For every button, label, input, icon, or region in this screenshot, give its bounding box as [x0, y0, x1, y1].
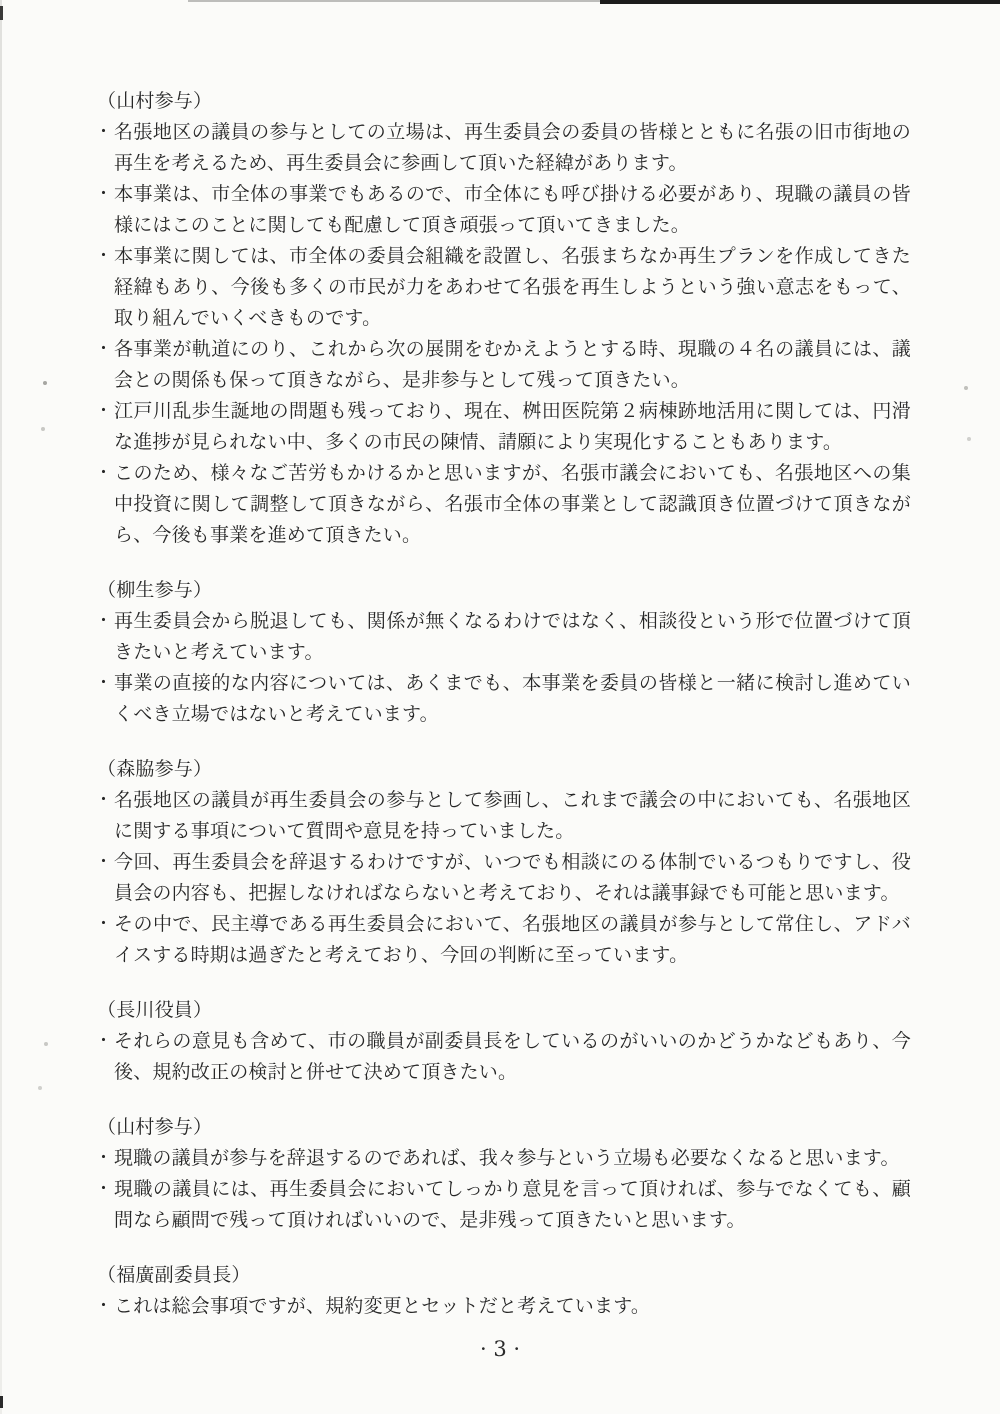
statement-text: 現職の議員が参与を辞退するのであれば、我々参与という立場も必要なくなると思います…	[114, 1147, 900, 1169]
statement-text: 本事業に関しては、市全体の委員会組織を設置し、名張まちなか再生プランを作成してき…	[114, 245, 911, 329]
statement-item: ・現職の議員には、再生委員会においてしっかり意見を言って頂ければ、参与でなくても…	[97, 1174, 911, 1236]
statement-text: 各事業が軌道にのり、これから次の展開をむかえようとする時、現職の４名の議員には、…	[114, 338, 911, 391]
statement-item: ・今回、再生委員会を辞退するわけですが、いつでも相談にのる体制でいるつもりですし…	[97, 847, 911, 909]
statement-text: その中で、民主導である再生委員会において、名張地区の議員が参与として常住し、アド…	[114, 913, 911, 966]
statement-item: ・各事業が軌道にのり、これから次の展開をむかえようとする時、現職の４名の議員には…	[97, 334, 911, 396]
statement-text: 今回、再生委員会を辞退するわけですが、いつでも相談にのる体制でいるつもりですし、…	[114, 851, 911, 904]
statement-list: ・現職の議員が参与を辞退するのであれば、我々参与という立場も必要なくなると思いま…	[97, 1143, 911, 1236]
scan-artifact-mark	[0, 6, 3, 20]
statement-text: 再生委員会から脱退しても、関係が無くなるわけではなく、相談役という形で位置づけて…	[114, 610, 911, 663]
statement-item: ・このため、様々なご苦労もかけるかと思いますが、名張市議会においても、名張地区へ…	[97, 458, 911, 551]
bullet-icon: ・	[95, 241, 112, 272]
bullet-icon: ・	[95, 396, 112, 427]
statement-item: ・これは総会事項ですが、規約変更とセットだと考えています。	[97, 1291, 911, 1322]
statement-item: ・再生委員会から脱退しても、関係が無くなるわけではなく、相談役という形で位置づけ…	[97, 606, 911, 668]
statement-list: ・再生委員会から脱退しても、関係が無くなるわけではなく、相談役という形で位置づけ…	[97, 606, 911, 730]
page-footer: · 3 ·	[0, 1334, 1000, 1365]
statement-item: ・本事業は、市全体の事業でもあるので、市全体にも呼び掛ける必要があり、現職の議員…	[97, 179, 911, 241]
statement-list: ・名張地区の議員の参与としての立場は、再生委員会の委員の皆様とともに名張の旧市街…	[97, 117, 911, 551]
statement-item: ・それらの意見も含めて、市の職員が副委員長をしているのがいいのかどうかなどもあり…	[97, 1026, 911, 1088]
statement-text: これは総会事項ですが、規約変更とセットだと考えています。	[114, 1295, 650, 1317]
bullet-icon: ・	[95, 1143, 112, 1174]
speaker-name: （柳生参与）	[97, 575, 911, 606]
scan-speckle	[38, 1086, 42, 1090]
statement-text: 名張地区の議員の参与としての立場は、再生委員会の委員の皆様とともに名張の旧市街地…	[114, 121, 911, 174]
bullet-icon: ・	[95, 1174, 112, 1205]
statement-text: このため、様々なご苦労もかけるかと思いますが、名張市議会においても、名張地区への…	[114, 462, 911, 546]
statement-list: ・それらの意見も含めて、市の職員が副委員長をしているのがいいのかどうかなどもあり…	[97, 1026, 911, 1088]
statement-text: 本事業は、市全体の事業でもあるので、市全体にも呼び掛ける必要があり、現職の議員の…	[114, 183, 911, 236]
scan-edge-artifact	[0, 0, 2, 1414]
statement-item: ・本事業に関しては、市全体の委員会組織を設置し、名張まちなか再生プランを作成して…	[97, 241, 911, 334]
bullet-icon: ・	[95, 179, 112, 210]
scan-speckle	[44, 1042, 48, 1046]
scan-speckle	[41, 427, 45, 431]
statement-item: ・事業の直接的な内容については、あくまでも、本事業を委員の皆様と一緒に検討し進め…	[97, 668, 911, 730]
statement-text: 現職の議員には、再生委員会においてしっかり意見を言って頂ければ、参与でなくても、…	[114, 1178, 911, 1231]
bullet-icon: ・	[95, 606, 112, 637]
statement-item: ・名張地区の議員が再生委員会の参与として参画し、これまで議会の中においても、名張…	[97, 785, 911, 847]
bullet-icon: ・	[95, 1291, 112, 1322]
bullet-icon: ・	[95, 458, 112, 489]
speech-section: （柳生参与） ・再生委員会から脱退しても、関係が無くなるわけではなく、相談役とい…	[97, 575, 911, 730]
scan-artifact-top-line	[188, 0, 618, 2]
statement-text: 名張地区の議員が再生委員会の参与として参画し、これまで議会の中においても、名張地…	[114, 789, 911, 842]
speaker-name: （福廣副委員長）	[97, 1260, 911, 1291]
speech-section: （福廣副委員長） ・これは総会事項ですが、規約変更とセットだと考えています。	[97, 1260, 911, 1322]
statement-item: ・その中で、民主導である再生委員会において、名張地区の議員が参与として常住し、ア…	[97, 909, 911, 971]
speaker-name: （長川役員）	[97, 995, 911, 1026]
speech-section: （山村参与） ・名張地区の議員の参与としての立場は、再生委員会の委員の皆様ととも…	[97, 86, 911, 551]
statement-list: ・これは総会事項ですが、規約変更とセットだと考えています。	[97, 1291, 911, 1322]
scan-artifact-top-bar	[600, 0, 1000, 4]
statement-item: ・現職の議員が参与を辞退するのであれば、我々参与という立場も必要なくなると思いま…	[97, 1143, 911, 1174]
bullet-icon: ・	[95, 1026, 112, 1057]
statement-text: 江戸川乱歩生誕地の問題も残っており、現在、桝田医院第２病棟跡地活用に関しては、円…	[114, 400, 911, 453]
statement-text: それらの意見も含めて、市の職員が副委員長をしているのがいいのかどうかなどもあり、…	[114, 1030, 911, 1083]
bullet-icon: ・	[95, 785, 112, 816]
statement-text: 事業の直接的な内容については、あくまでも、本事業を委員の皆様と一緒に検討し進めて…	[114, 672, 911, 725]
statement-item: ・江戸川乱歩生誕地の問題も残っており、現在、桝田医院第２病棟跡地活用に関しては、…	[97, 396, 911, 458]
minutes-content: （山村参与） ・名張地区の議員の参与としての立場は、再生委員会の委員の皆様ととも…	[97, 86, 911, 1322]
bullet-icon: ・	[95, 668, 112, 699]
speaker-name: （山村参与）	[97, 1112, 911, 1143]
statement-item: ・名張地区の議員の参与としての立場は、再生委員会の委員の皆様とともに名張の旧市街…	[97, 117, 911, 179]
bullet-icon: ・	[95, 117, 112, 148]
scanned-minutes-page: （山村参与） ・名張地区の議員の参与としての立場は、再生委員会の委員の皆様ととも…	[0, 0, 1000, 1414]
scan-speckle	[967, 437, 971, 441]
bullet-icon: ・	[95, 334, 112, 365]
speaker-name: （森脇参与）	[97, 754, 911, 785]
statement-list: ・名張地区の議員が再生委員会の参与として参画し、これまで議会の中においても、名張…	[97, 785, 911, 971]
speech-section: （山村参与） ・現職の議員が参与を辞退するのであれば、我々参与という立場も必要な…	[97, 1112, 911, 1236]
scan-artifact-mark	[0, 1396, 3, 1408]
speaker-name: （山村参与）	[97, 86, 911, 117]
speech-section: （森脇参与） ・名張地区の議員が再生委員会の参与として参画し、これまで議会の中に…	[97, 754, 911, 971]
bullet-icon: ・	[95, 909, 112, 940]
speech-section: （長川役員） ・それらの意見も含めて、市の職員が副委員長をしているのがいいのかど…	[97, 995, 911, 1088]
scan-speckle	[964, 386, 968, 390]
page-number: · 3 ·	[480, 1337, 520, 1361]
bullet-icon: ・	[95, 847, 112, 878]
scan-speckle	[43, 381, 47, 385]
